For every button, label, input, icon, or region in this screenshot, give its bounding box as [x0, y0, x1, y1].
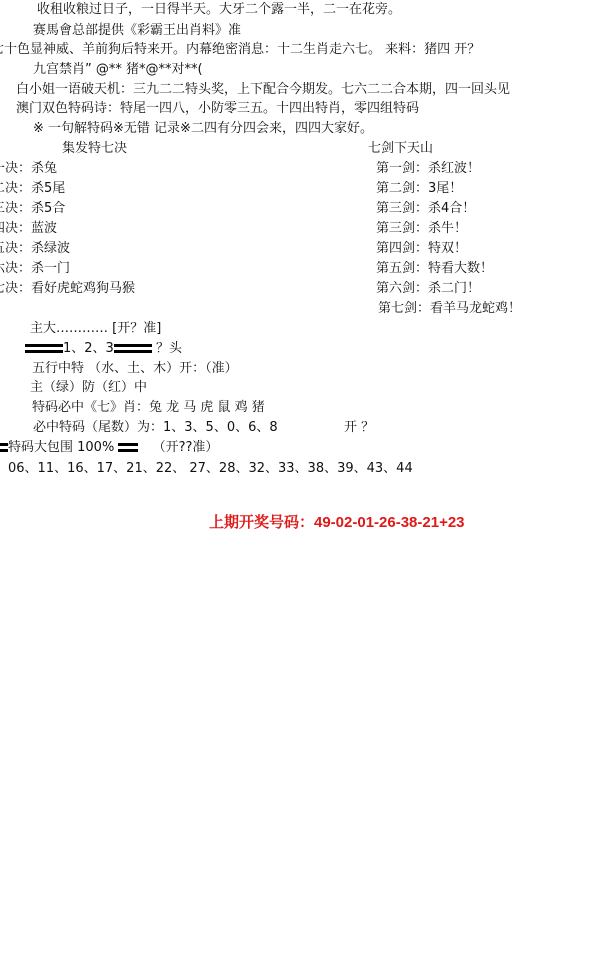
bao-wei-label: 特码大包围 100% — [8, 440, 114, 455]
header-line-6: 澳门双色特码诗：特尾一四八，小防零三五。十四出特肖，零四组特码 — [16, 101, 419, 117]
head-numbers: 1、2、3 — [63, 341, 114, 356]
bao-wei-suffix: （开??准） — [153, 440, 219, 455]
header-line-4: 九宫禁肖” @** 猪*@**对**( — [33, 62, 203, 78]
head-numbers-line: 1、2、3 ？头 — [25, 341, 182, 357]
header-line-3: 七十色显神威、羊前狗后特来开。内幕绝密消息：十二生肖走六七。 来料：猪四 开？ — [0, 42, 480, 58]
bao-wei-line: 特码大包围 100% （开??准） — [0, 440, 218, 456]
left-item: 七决：看好虎蛇鸡狗马猴 — [0, 281, 135, 297]
black-bar-icon — [25, 344, 63, 353]
left-item: 三决：杀5合 — [0, 201, 65, 217]
left-item: 二决：杀5尾 — [0, 181, 65, 197]
black-bar-icon — [0, 443, 8, 452]
bao-wei-numbers: 06、11、16、17、21、22、 27、28、32、33、38、39、43、… — [8, 461, 413, 477]
right-item: 第三剑：杀4合！ — [376, 201, 475, 217]
right-item: 第四剑：特双！ — [376, 241, 467, 257]
bi-zhong-xiao-line: 特码必中《七》肖：兔 龙 马 虎 鼠 鸡 猪 — [32, 400, 265, 416]
zhu-da-line: 主大………… [开？准] — [30, 321, 161, 337]
head-suffix: ？头 — [156, 341, 182, 356]
header-line-2: 赛馬會总部提供《彩霸王出肖料》准 — [33, 23, 241, 39]
left-section-title: 集发特七决 — [62, 141, 127, 157]
right-item: 第二剑：3尾！ — [376, 181, 462, 197]
right-item: 第五剑：特看大数！ — [376, 261, 493, 277]
right-item: 第七剑：看羊马龙蛇鸡！ — [378, 301, 521, 317]
header-line-1: 收租收粮过日子，一日得半天。大牙二个露一半，二一在花旁。 — [37, 2, 401, 18]
right-section-title: 七剑下天山 — [368, 141, 433, 157]
black-bar-icon — [114, 344, 152, 353]
left-item: 四决：蓝波 — [0, 221, 57, 237]
black-bar-icon — [118, 443, 138, 452]
zhu-color-line: 主（绿）防（红）中 — [30, 380, 147, 396]
right-item: 第六剑：杀二门！ — [376, 281, 480, 297]
wuxing-line: 五行中特 （水、土、木）开：（准） — [32, 361, 238, 377]
header-line-7: ※ 一句解特码※无错 记录※二四有分四会来，四四大家好。 — [33, 121, 373, 137]
bi-zhong-tail-open: 开 ？ — [344, 420, 374, 436]
last-draw-numbers: 上期开奖号码：49-02-01-26-38-21+23 — [209, 513, 465, 533]
right-item: 第三剑：杀牛！ — [376, 221, 467, 237]
left-item: 六决：杀一门 — [0, 261, 70, 277]
left-item: 一决：杀兔 — [0, 161, 57, 177]
header-line-5: 白小姐一语破天机：三九二二特头奖，上下配合今期发。七六二二合本期，四一回头见 — [16, 82, 510, 98]
left-item: 五决：杀绿波 — [0, 241, 70, 257]
bi-zhong-tail-line: 必中特码（尾数）为：1、3、5、0、6、8 — [33, 420, 278, 436]
right-item: 第一剑：杀红波！ — [376, 161, 480, 177]
